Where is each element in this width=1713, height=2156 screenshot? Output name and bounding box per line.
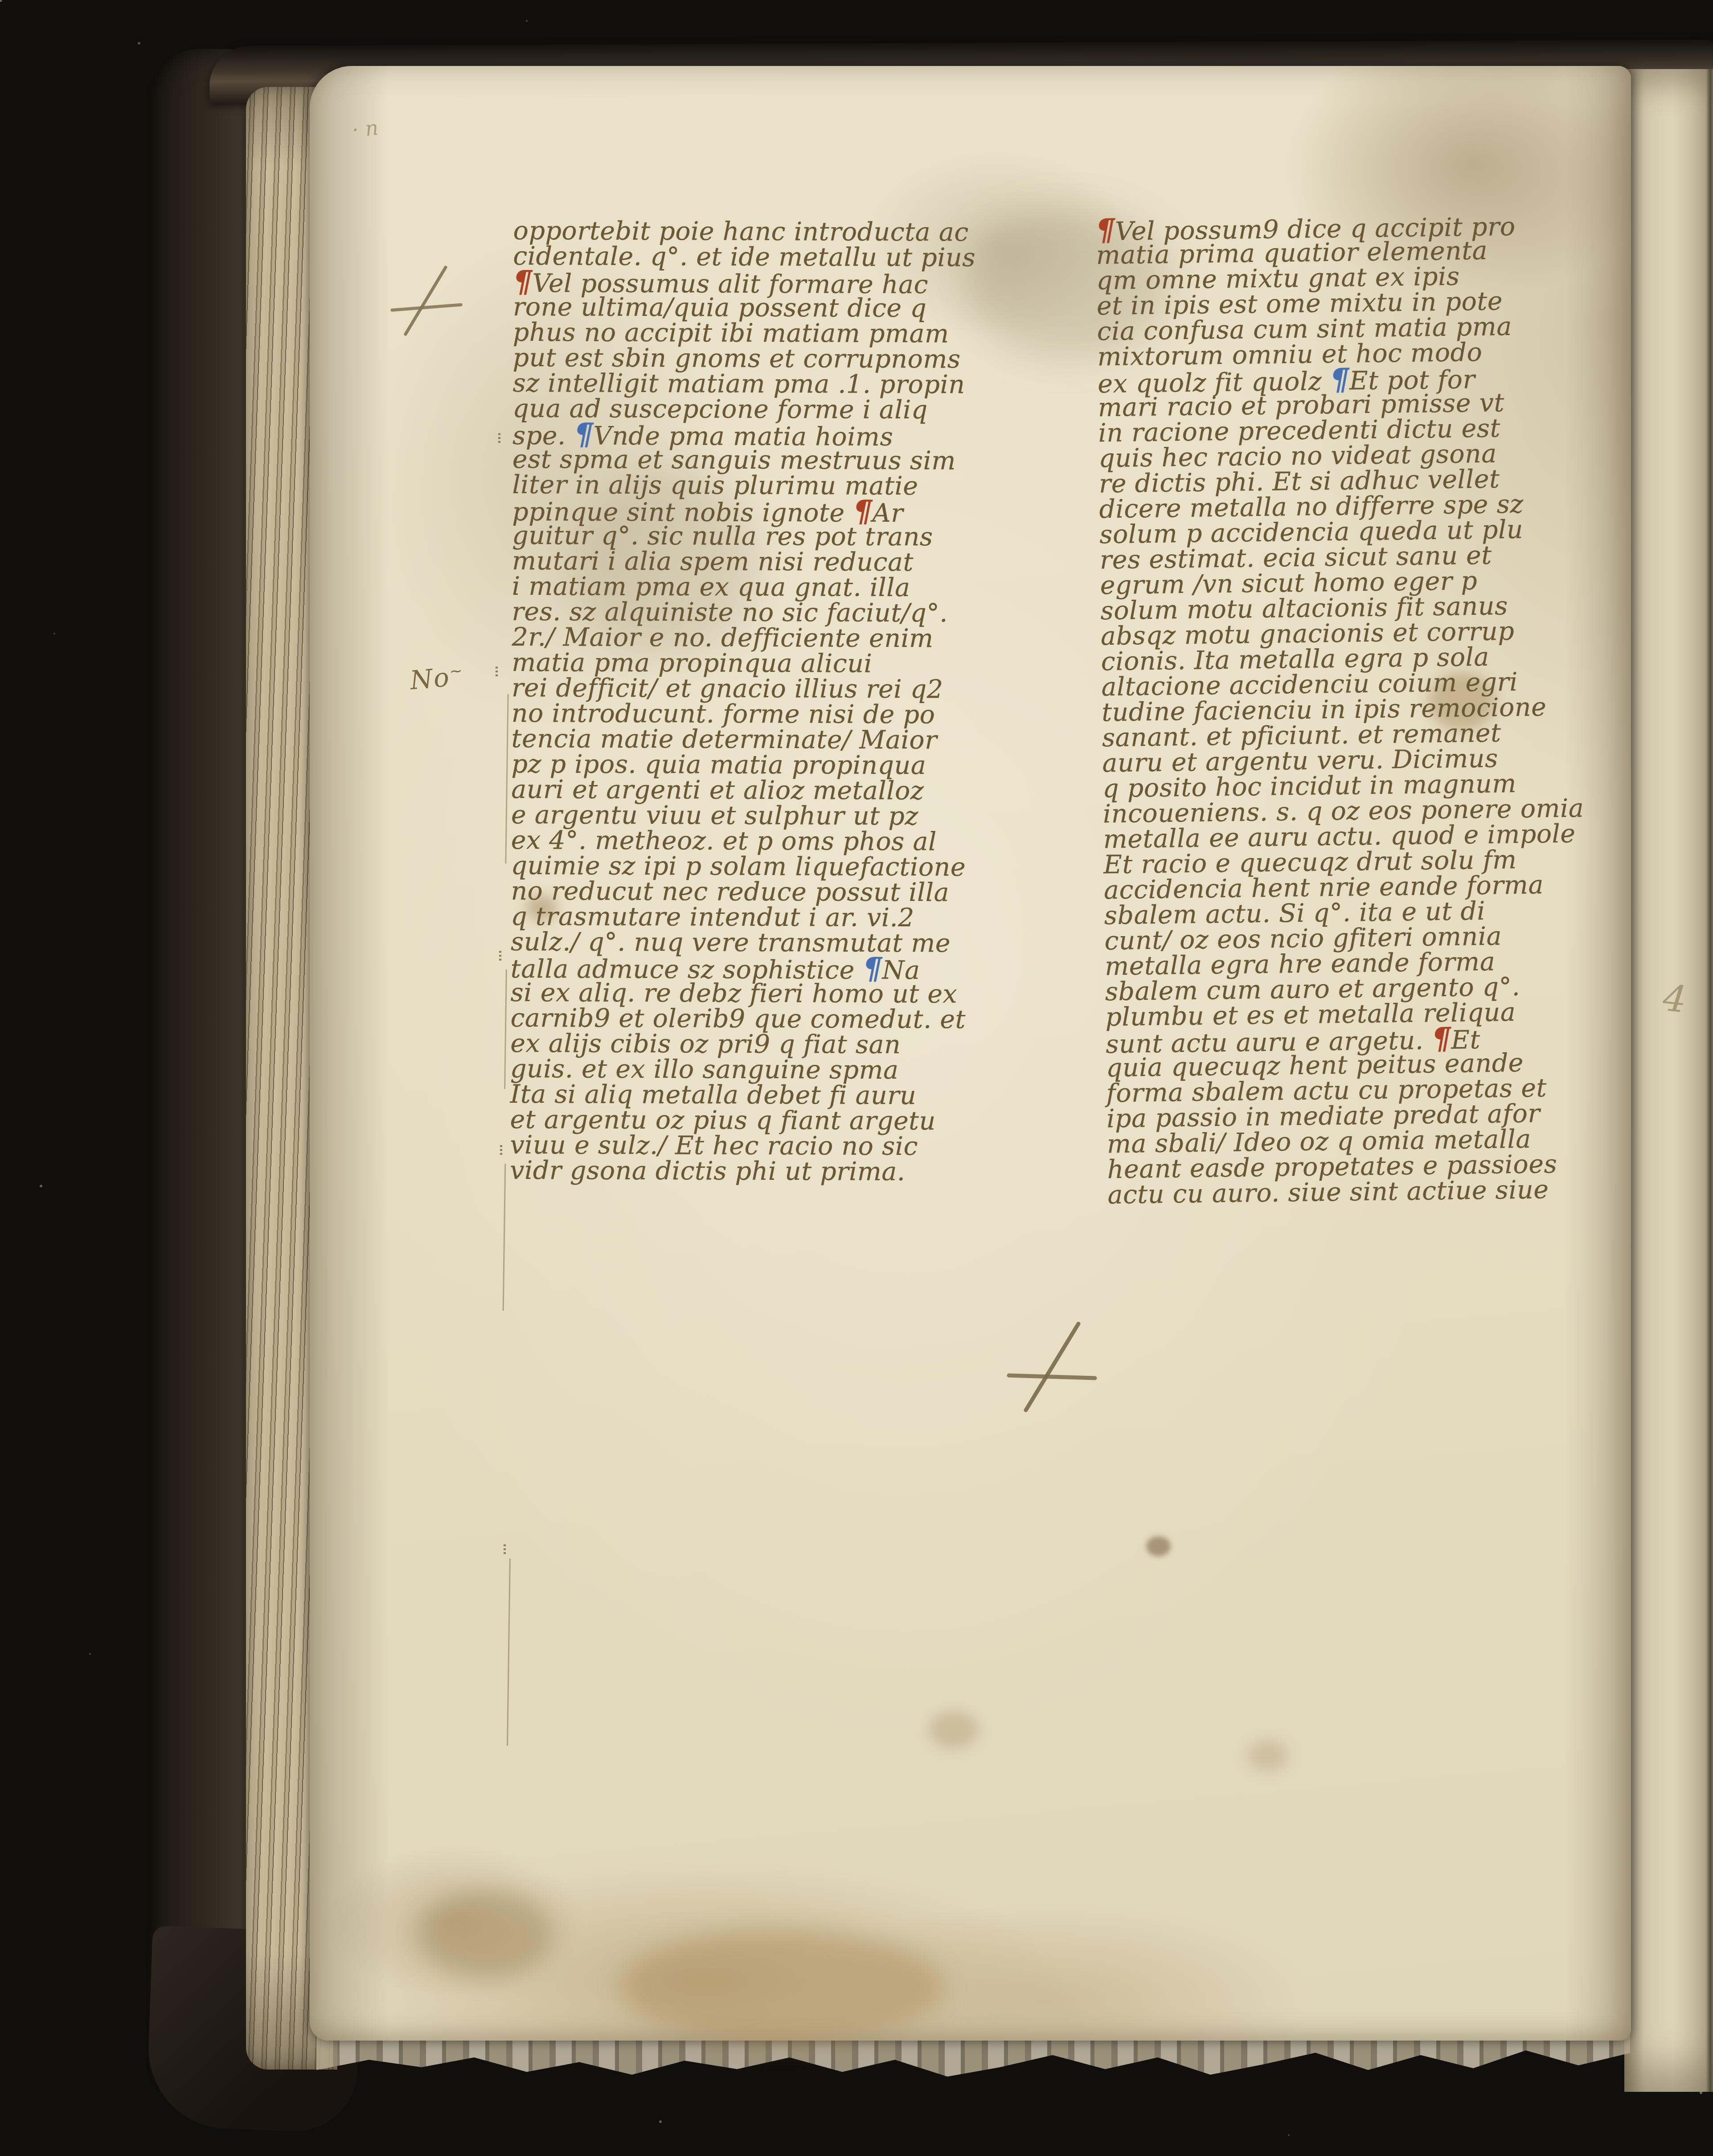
x-cross-icon xyxy=(1004,1321,1099,1415)
underlying-page-fore-edge xyxy=(1624,69,1713,2092)
text-line: viuu e sulz./ Et hec racio no sic xyxy=(510,1126,1036,1154)
text-line: q trasmutare intendut i ar. vi.2 xyxy=(511,898,1037,925)
dust-specks xyxy=(0,0,2,2)
text-line: auri et argenti et alioz metalloz xyxy=(511,771,1037,798)
text-line: mutari i alia spem nisi reducat xyxy=(512,542,1038,569)
text-segment: actu cu auro. siue sint actiue siue xyxy=(1107,1175,1549,1210)
text-line: opportebit poie hanc introducta ac xyxy=(513,212,1039,239)
text-line: et argentu oz pius q fiant argetu xyxy=(510,1101,1036,1128)
text-line: res. sz alquiniste no sic faciut/q°. xyxy=(512,593,1038,620)
nota-mark-dots: ··· xyxy=(489,665,501,676)
margin-note-no: No~ xyxy=(409,661,465,695)
text-line: spe. ¶Vnde pma matia hoims xyxy=(512,415,1038,442)
text-line: vidr gsona dictis phi ut prima. xyxy=(510,1152,1036,1179)
manuscript-photo: { "palette":{ "background":"#100f0d", "p… xyxy=(0,0,1713,2156)
text-line: ex 4°. metheoz. et p oms phos al xyxy=(511,822,1037,849)
text-column-right: ¶Vel possum9 dice q accipit promatia pri… xyxy=(1095,205,1633,1202)
nota-mark-dots: ··· xyxy=(494,1143,505,1155)
text-line: Ita si aliq metalla debet fi auru xyxy=(510,1076,1036,1103)
text-line: no introducunt. forme nisi de po xyxy=(512,695,1037,722)
text-line: put est sbin gnoms et corrupnoms xyxy=(513,339,1039,366)
text-segment: vidr gsona dictis phi ut prima. xyxy=(510,1156,905,1186)
stain-spot xyxy=(1248,1740,1288,1771)
text-line: rone ultima/quia possent dice q xyxy=(513,288,1039,315)
nota-mark-dots: ··· xyxy=(492,431,504,443)
text-line: rei defficit/ et gnacio illius rei q2 xyxy=(512,669,1037,696)
nota-mark-dots: ··· xyxy=(497,1542,509,1554)
text-line: si ex aliq. re debz fieri homo ut ex xyxy=(511,974,1037,1001)
water-stain xyxy=(419,1889,553,1978)
text-line: matia pma propinqua alicui xyxy=(512,644,1037,671)
text-line: e argentu viuu et sulphur ut pz xyxy=(511,796,1037,823)
text-line: carnib9 et olerib9 que comedut. et xyxy=(510,999,1036,1027)
text-line: 2r./ Maior e no. defficiente enim xyxy=(512,618,1037,646)
text-line: quimie sz ipi p solam liquefactione xyxy=(511,847,1037,874)
nota-mark-dots: ··· xyxy=(493,949,504,961)
text-line: ppinque sint nobis ignote ¶Ar xyxy=(512,491,1038,519)
corner-foliation-mark: · n xyxy=(351,115,379,142)
margin-note-flourish: ~ xyxy=(449,662,464,681)
text-line: est spma et sanguis mestruus sim xyxy=(512,441,1038,468)
text-line: pz p ipos. quia matia propinqua xyxy=(511,745,1037,773)
stain-spot xyxy=(1146,1536,1171,1556)
text-column-left: opportebit poie hanc introducta accident… xyxy=(510,212,1039,1179)
text-line: guitur q°. sic nulla res pot trans xyxy=(512,517,1038,544)
folio-number-mark: 4 xyxy=(1661,977,1688,1022)
stain-spot xyxy=(929,1711,978,1749)
text-line: tencia matie determinate/ Maior xyxy=(512,720,1037,747)
text-line: talla admuce sz sophistice ¶Na xyxy=(511,949,1037,976)
text-line: phus no accipit ibi matiam pmam xyxy=(513,314,1039,341)
text-line: cidentale. q°. et ide metallu ut pius xyxy=(513,237,1039,265)
text-line: i matiam pma ex qua gnat. illa xyxy=(512,568,1038,595)
text-line: sulz./ q°. nuq vere transmutat me xyxy=(511,923,1037,950)
water-stain xyxy=(622,1929,943,2045)
text-line: sz intelligit matiam pma .1. propin xyxy=(512,364,1038,392)
text-line: liter in alijs quis plurimu matie xyxy=(512,466,1038,493)
margin-note-label: No xyxy=(409,662,451,696)
x-cross-icon xyxy=(389,264,464,340)
text-line: guis. et ex illo sanguine spma xyxy=(510,1050,1036,1077)
